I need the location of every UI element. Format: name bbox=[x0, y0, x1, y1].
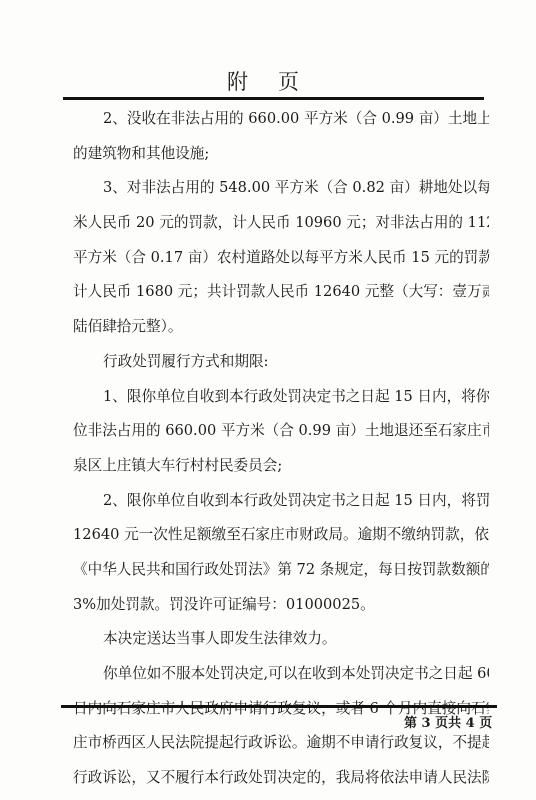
text-line: 位非法占用的 660.00 平方米（合 0.99 亩）土地退还至石家庄市鹿 bbox=[73, 414, 489, 449]
text-line: 庄市桥西区人民法院提起行政诉讼。逾期不申请行政复议，不提起 bbox=[73, 726, 489, 761]
text-line: 米人民币 20 元的罚款，计人民币 10960 元；对非法占用的 112.00 bbox=[73, 206, 489, 241]
text-line: 泉区上庄镇大车行村村民委员会; bbox=[73, 449, 489, 484]
text-line: 2、没收在非法占用的 660.00 平方米（合 0.99 亩）土地上新建 bbox=[73, 102, 489, 137]
text-line: 12640 元一次性足额缴至石家庄市财政局。逾期不缴纳罚款，依据 bbox=[73, 518, 489, 553]
text-line: 行政处罚履行方式和期限: bbox=[73, 345, 489, 380]
text-line: 本决定送达当事人即发生法律效力。 bbox=[73, 622, 489, 657]
text-line: 2、限你单位自收到本行政处罚决定书之日起 15 日内，将罚款 bbox=[73, 484, 489, 519]
document-body: 2、没收在非法占用的 660.00 平方米（合 0.99 亩）土地上新建的建筑物… bbox=[73, 102, 489, 796]
page-title: 附页 bbox=[0, 66, 536, 96]
text-line: 的建筑物和其他设施; bbox=[73, 137, 489, 172]
text-line: 行政诉讼，又不履行本行政处罚决定的，我局将依法申请人民法院 bbox=[73, 761, 489, 796]
text-line: 3、对非法占用的 548.00 平方米（合 0.82 亩）耕地处以每平方 bbox=[73, 171, 489, 206]
footer-divider bbox=[61, 705, 497, 708]
page-number: 第 3 页共 4 页 bbox=[404, 712, 492, 731]
header-divider bbox=[63, 97, 484, 100]
text-line: 计人民币 1680 元；共计罚款人民币 12640 元整（大写：壹万贰仟 bbox=[73, 275, 489, 310]
text-line: 《中华人民共和国行政处罚法》第 72 条规定，每日按罚款数额的 bbox=[73, 553, 489, 588]
text-line: 1、限你单位自收到本行政处罚决定书之日起 15 日内，将你单 bbox=[73, 380, 489, 415]
text-line: 你单位如不服本处罚决定,可以在收到本处罚决定书之日起 60 bbox=[73, 657, 489, 692]
text-line: 平方米（合 0.17 亩）农村道路处以每平方米人民币 15 元的罚款， bbox=[73, 241, 489, 276]
text-line: 3%加处罚款。罚没许可证编号：01000025。 bbox=[73, 588, 489, 623]
text-line: 陆佰肆拾元整）。 bbox=[73, 310, 489, 345]
